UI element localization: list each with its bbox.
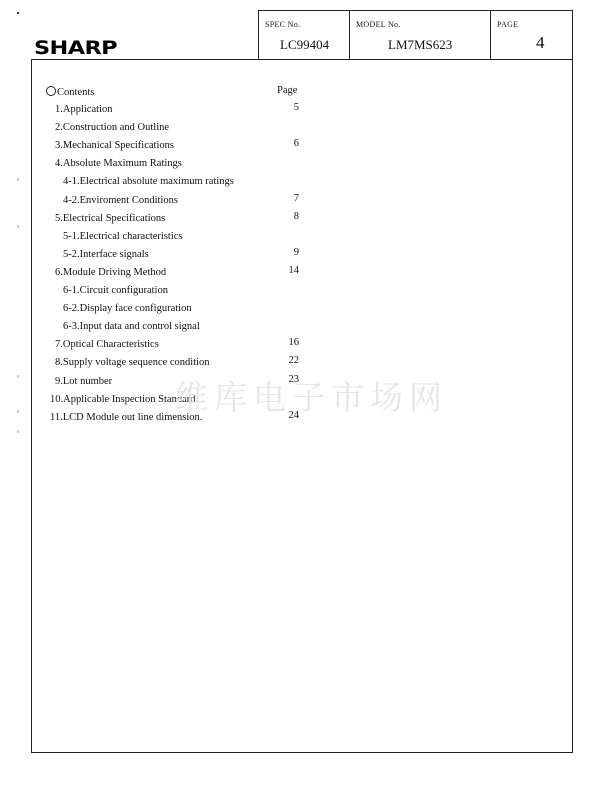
toc-item-page: 8: [269, 211, 299, 222]
toc-item-page: 7: [269, 193, 299, 204]
watermark-text: 维库电子市场网: [175, 372, 448, 419]
toc-item: 7.Optical Characteristics: [55, 339, 159, 350]
spec-number-label: SPEC No.: [265, 20, 300, 29]
margin-mark: [17, 430, 19, 433]
toc-item: 6-3.Input data and control signal: [63, 321, 200, 332]
toc-item-page: 5: [269, 102, 299, 113]
toc-item: 10.Applicable Inspection Standard: [50, 394, 196, 405]
model-number-value: LM7MS623: [388, 37, 452, 53]
toc-item: 5.Electrical Specifications: [55, 213, 165, 224]
toc-item-page: 16: [269, 337, 299, 348]
toc-item: 5-2.Interface signals: [63, 249, 149, 260]
toc-item: 6-1.Circuit configuration: [63, 285, 168, 296]
model-number-label: MODEL No.: [356, 20, 401, 29]
model-number-cell: MODEL No. LM7MS623: [350, 11, 491, 59]
toc-item-page: 9: [269, 247, 299, 258]
spec-number-cell: SPEC No. LC99404: [259, 11, 350, 59]
margin-mark: [17, 410, 19, 413]
toc-item-page: 22: [269, 355, 299, 366]
contents-heading: Contents: [46, 86, 94, 98]
toc-item-page: 6: [269, 138, 299, 149]
page-number-cell: PAGE 4: [491, 11, 572, 59]
toc-item: 4-2.Enviroment Conditions: [63, 195, 178, 206]
margin-mark: [17, 225, 19, 228]
toc-item: 5-1.Electrical characteristics: [63, 231, 183, 242]
circle-bullet-icon: [46, 86, 56, 96]
spec-number-value: LC99404: [280, 37, 329, 53]
toc-item: 2.Construction and Outline: [55, 122, 169, 133]
margin-mark: [17, 178, 19, 181]
toc-item: 8.Supply voltage sequence condition: [55, 357, 210, 368]
toc-item: 4-1.Electrical absolute maximum ratings: [63, 176, 234, 187]
toc-item: 9.Lot number: [55, 376, 112, 387]
toc-item: 3.Mechanical Specifications: [55, 140, 174, 151]
contents-title: Contents: [57, 87, 94, 98]
page-column-heading: Page: [277, 85, 297, 96]
toc-item: 6-2.Display face configuration: [63, 303, 192, 314]
page-number-label: PAGE: [497, 20, 518, 29]
page-number-value: 4: [536, 33, 545, 53]
toc-item: 1.Application: [55, 104, 112, 115]
margin-mark: [17, 375, 19, 378]
sharp-logo: SHARP: [34, 39, 117, 58]
document-header-table: SPEC No. LC99404 MODEL No. LM7MS623 PAGE…: [258, 10, 573, 59]
toc-item: 4.Absolute Maximum Ratings: [55, 158, 182, 169]
toc-item: 6.Module Driving Method: [55, 267, 166, 278]
scan-speck: [17, 12, 19, 14]
toc-item-page: 14: [269, 265, 299, 276]
